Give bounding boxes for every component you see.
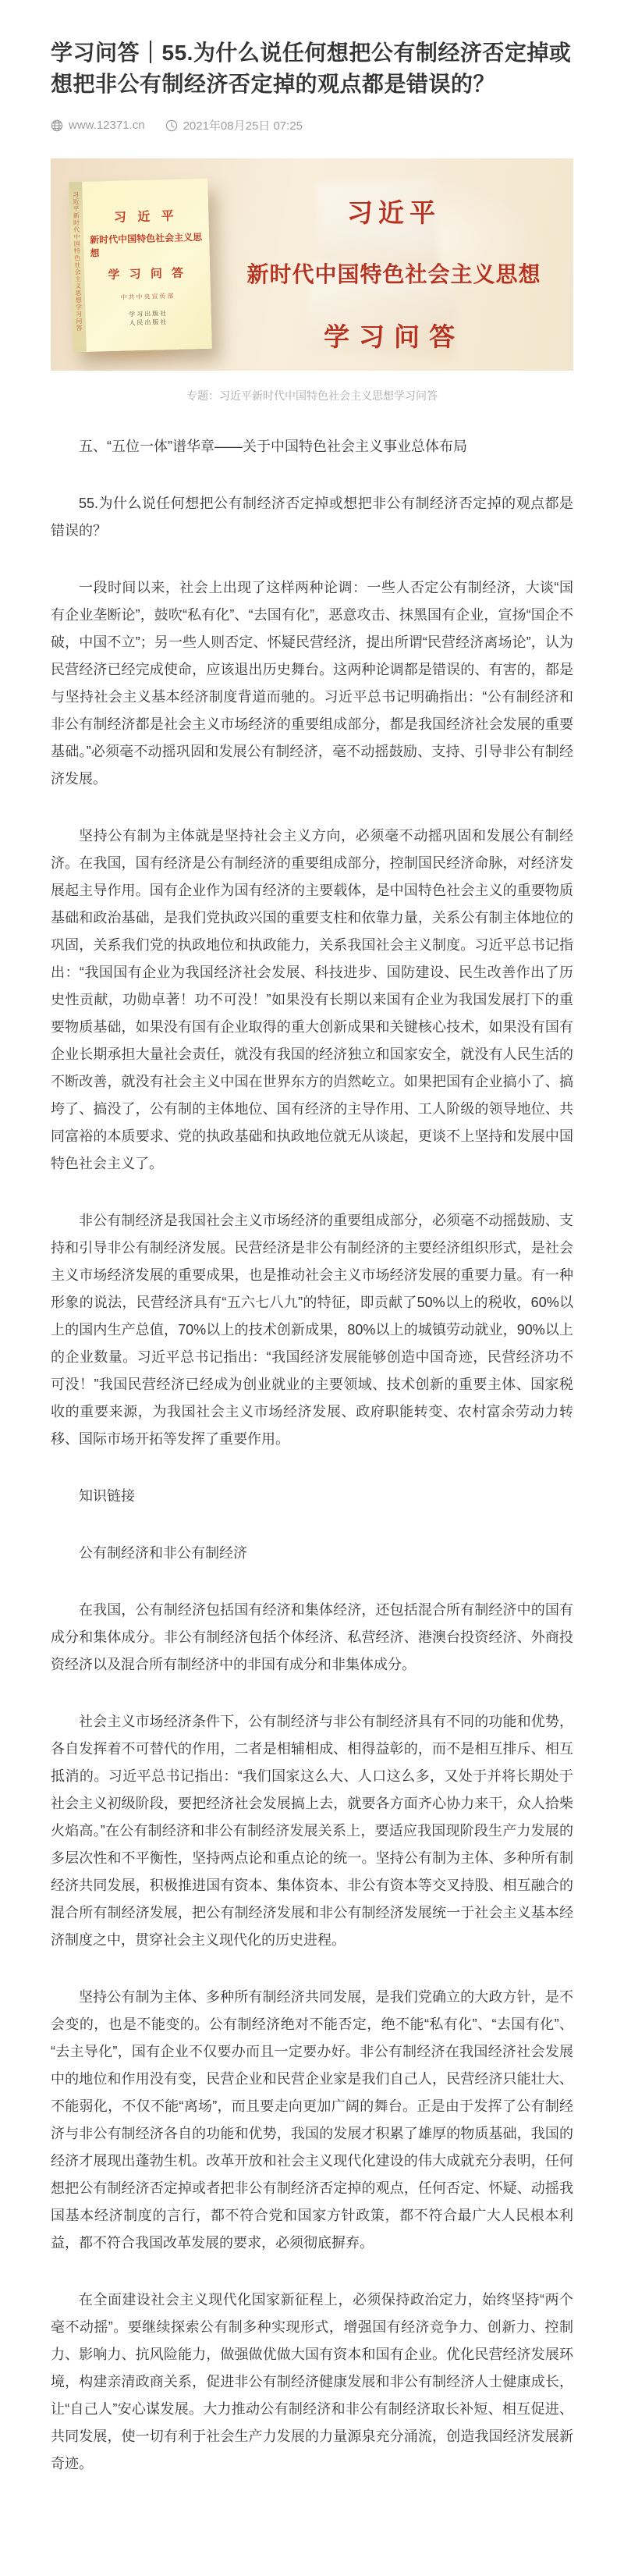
article-paragraph: 在全面建设社会主义现代化国家新征程上，必须保持政治定力，始终坚持“两个毫不动摇”… bbox=[51, 2286, 573, 2478]
article-body: 五、“五位一体”谱华章——关于中国特色社会主义事业总体布局55.为什么说任何想把… bbox=[51, 433, 573, 2478]
article-page: 学习问答｜55.为什么说任何想把公有制经济否定掉或想把非公有制经济否定掉的观点都… bbox=[0, 0, 624, 2523]
banner-caption: 专题：习近平新时代中国特色社会主义思想学习问答 bbox=[51, 388, 573, 403]
clock-icon bbox=[165, 119, 178, 132]
article-subheading: 公有制经济和非公有制经济 bbox=[51, 1540, 573, 1567]
article-paragraph: 在我国，公有制经济包括国有经济和集体经济，还包括混合所有制经济中的国有成分和集体… bbox=[51, 1597, 573, 1679]
meta-row: www.12371.cn 2021年08月25日 07:25 bbox=[51, 117, 573, 133]
globe-icon bbox=[51, 119, 63, 132]
article-paragraph: 社会主义市场经济条件下，公有制经济与非公有制经济具有不同的功能和优势，各自发挥着… bbox=[51, 1708, 573, 1954]
page-title: 学习问答｜55.为什么说任何想把公有制经济否定掉或想把非公有制经济否定掉的观点都… bbox=[51, 37, 573, 100]
book-title-line1: 习 近 平 bbox=[114, 206, 178, 226]
banner-headline-line2: 新时代中国特色社会主义思想 bbox=[246, 258, 541, 289]
article-paragraph: 坚持公有制为主体、多种所有制经济共同发展，是我们党确立的大政方针，是不会变的，也… bbox=[51, 1984, 573, 2257]
meta-datetime-text: 2021年08月25日 07:25 bbox=[183, 117, 303, 133]
banner-headline-line3: 学习问答 bbox=[324, 317, 464, 354]
book-cover-graphic: 习近平新时代中国特色社会主义思想学习问答 习 近 平 新时代中国特色社会主义思想… bbox=[69, 179, 212, 353]
book-publisher-line1: 学习出版社 bbox=[129, 310, 168, 318]
book-front-cover: 习 近 平 新时代中国特色社会主义思想 学 习 问 答 中共中央宣传部 学习出版… bbox=[82, 179, 212, 352]
article-paragraph: 坚持公有制为主体就是坚持社会主义方向，必须毫不动摇巩固和发展公有制经济。在我国，… bbox=[51, 823, 573, 1178]
book-title-line2: 新时代中国特色社会主义思想 bbox=[90, 230, 204, 260]
meta-datetime: 2021年08月25日 07:25 bbox=[165, 117, 303, 133]
article-question: 55.为什么说任何想把公有制经济否定掉或想把非公有制经济否定掉的观点都是错误的？ bbox=[51, 490, 573, 545]
book-publisher: 学习出版社人民出版社 bbox=[129, 309, 168, 327]
banner-headline: 习近平 新时代中国特色社会主义思想 学习问答 bbox=[222, 193, 565, 354]
book-publisher-line2: 人民出版社 bbox=[129, 318, 168, 326]
meta-source: www.12371.cn bbox=[51, 119, 145, 132]
banner-image: 习近平新时代中国特色社会主义思想学习问答 习 近 平 新时代中国特色社会主义思想… bbox=[51, 158, 573, 371]
book-spine-text: 习近平新时代中国特色社会主义思想学习问答 bbox=[72, 182, 83, 352]
article-section-heading: 五、“五位一体”谱华章——关于中国特色社会主义事业总体布局 bbox=[51, 433, 573, 460]
article-paragraph: 一段时间以来，社会上出现了这样两种论调：一些人否定公有制经济，大谈“国有企业垄断… bbox=[51, 574, 573, 793]
article-subheading: 知识链接 bbox=[51, 1483, 573, 1510]
banner-headline-line1: 习近平 bbox=[347, 193, 441, 229]
meta-source-text: www.12371.cn bbox=[69, 119, 145, 132]
article-paragraph: 非公有制经济是我国社会主义市场经济的重要组成部分，必须毫不动摇鼓励、支持和引导非… bbox=[51, 1207, 573, 1453]
book-title-line3: 学 习 问 答 bbox=[108, 264, 186, 282]
book-subtitle: 中共中央宣传部 bbox=[120, 292, 175, 302]
